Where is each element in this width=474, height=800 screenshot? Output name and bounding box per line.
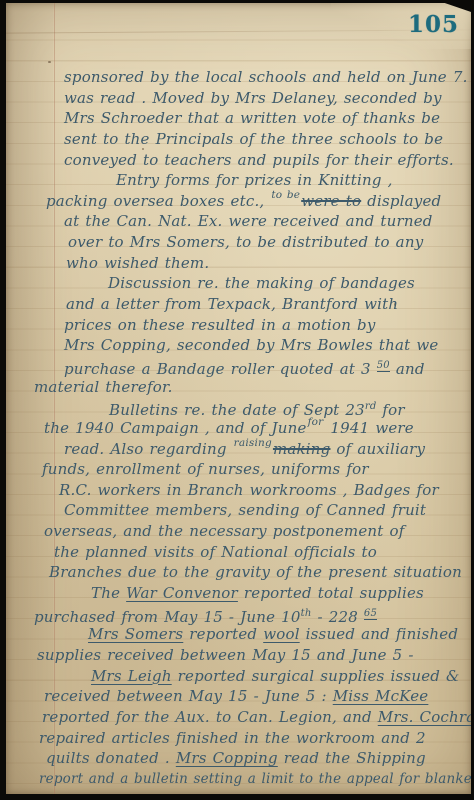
handwritten-line: Mrs Copping, seconded by Mrs Bowles that…	[64, 335, 471, 356]
handwritten-line: received between May 15 - June 5 : Miss …	[44, 686, 471, 707]
handwritten-line: reported for the Aux. to Can. Legion, an…	[42, 707, 471, 728]
handwritten-line: Mrs Leigh reported surgical supplies iss…	[91, 666, 471, 687]
handwriting-segment: Mrs Leigh	[91, 667, 172, 685]
handwriting-segment: for	[308, 412, 324, 433]
handwriting-segment: over to Mrs Somers, to be distributed to…	[68, 233, 423, 251]
handwritten-line: Bulletins re. the date of Sept 23rd for	[109, 397, 471, 418]
handwriting-segment: Miss McKee	[333, 687, 429, 705]
handwritten-line: quilts donated . Mrs Copping read the Sh…	[46, 748, 471, 769]
handwritten-line: supplies received between May 15 and Jun…	[37, 645, 471, 666]
handwriting-segment: - 228	[312, 608, 364, 626]
handwritten-line: conveyed to teachers and pupils for thei…	[64, 150, 471, 171]
handwriting-segment: supplies received between May 15 and Jun…	[37, 646, 414, 664]
handwriting-segment: 65	[364, 608, 377, 620]
handwriting-segment: packing oversea boxes etc.,	[46, 192, 270, 210]
handwriting-segment: Bulletins re. the date of Sept 23	[109, 401, 365, 419]
handwriting-segment: reported total supplies	[238, 584, 424, 602]
handwritten-line: repaired articles finished in the workro…	[39, 728, 471, 749]
handwriting-segment: the planned visits of National officials…	[54, 543, 377, 561]
handwriting-segment: reported	[183, 625, 263, 643]
handwritten-line: Mrs Schroeder that a written vote of tha…	[64, 108, 471, 129]
handwriting-segment: Mrs Copping, seconded by Mrs Bowles that…	[64, 336, 438, 354]
handwriting-segment: War Convenor	[126, 584, 238, 602]
left-gutter-shade	[6, 3, 53, 794]
handwritten-line: who wished them.	[66, 253, 471, 274]
handwriting-segment: issued and finished	[300, 625, 459, 643]
handwriting-segment: 1941 were	[324, 419, 413, 437]
handwritten-line: read. Also regarding raisingmaking of au…	[64, 439, 471, 460]
handwritten-line: purchase a Bandage roller quoted at 3 50…	[64, 356, 471, 377]
handwritten-line: material therefor.	[34, 377, 471, 398]
handwriting-segment: and	[390, 360, 425, 378]
handwriting-segment: conveyed to teachers and pupils for thei…	[64, 151, 454, 169]
handwriting-segment: prices on these resulted in a motion by	[64, 316, 376, 334]
handwriting-segment: The	[91, 584, 126, 602]
handwritten-line: R.C. workers in Branch workrooms , Badge…	[59, 480, 471, 501]
handwriting-segment: who wished them.	[66, 254, 209, 272]
handwriting-segment: Mrs Copping	[176, 749, 278, 767]
handwritten-line: report and a bulletin setting a limit to…	[39, 769, 471, 790]
handwriting-segment: quilts donated .	[46, 749, 176, 767]
handwritten-line: Discussion re. the making of bandages	[108, 273, 471, 294]
handwritten-line: Mrs Somers reported wool issued and fini…	[88, 624, 471, 645]
handwritten-line: purchased from May 15 - June 10th - 228 …	[34, 604, 471, 625]
handwriting-segment: read. Also regarding	[64, 440, 233, 458]
handwriting-segment: raising	[234, 433, 272, 454]
handwriting-segment: reported for the Aux. to Can. Legion, an…	[42, 708, 378, 726]
handwritten-line: prices on these resulted in a motion by	[64, 315, 471, 336]
handwriting-segment: reported surgical supplies issued &	[172, 667, 460, 685]
handwriting-segment: wool	[263, 625, 300, 643]
handwriting-segment: 50	[377, 360, 390, 372]
handwriting-segment: sponsored by the local schools and held …	[64, 68, 468, 86]
handwritten-line: packing oversea boxes etc., to bewere to…	[46, 191, 471, 212]
page-number: 105	[408, 11, 459, 38]
handwriting-segment: sent to the Principals of the three scho…	[64, 130, 443, 148]
handwriting-segment: report and a bulletin setting a limit to…	[39, 771, 471, 787]
handwriting-segment: received between May 15 - June 5 :	[44, 687, 333, 705]
handwriting-segment: Discussion re. the making of bandages	[108, 274, 415, 292]
handwriting-segment: was read . Moved by Mrs Delaney, seconde…	[64, 89, 442, 107]
handwriting-segment: th	[301, 608, 312, 619]
handwritten-line: was read . Moved by Mrs Delaney, seconde…	[64, 88, 471, 109]
handwriting-segment: and a letter from Texpack, Brantford wit…	[66, 295, 398, 313]
handwriting-segment: overseas, and the necessary postponement…	[44, 522, 404, 540]
handwriting-segment: purchase a Bandage roller quoted at 3	[64, 360, 377, 378]
handwriting-segment: making	[273, 440, 331, 458]
manuscript-page: 105 sponsored by the local schools and h…	[6, 3, 471, 794]
handwriting-segment: purchased from May 15 - June 10	[34, 608, 301, 626]
handwritten-line: and a letter from Texpack, Brantford wit…	[66, 294, 471, 315]
handwriting-segment: for	[376, 401, 404, 419]
handwriting-segment: of auxiliary	[330, 440, 425, 458]
handwritten-line: Branches due to the gravity of the prese…	[49, 562, 471, 583]
handwriting-segment: Committee members, sending of Canned fru…	[64, 501, 426, 519]
handwriting-segment: R.C. workers in Branch workrooms , Badge…	[59, 481, 439, 499]
handwriting-segment: repaired articles finished in the workro…	[39, 729, 426, 747]
handwriting-segment: material therefor.	[34, 378, 173, 396]
handwritten-line: sponsored by the local schools and held …	[64, 67, 471, 88]
handwriting-segment: Branches due to the gravity of the prese…	[49, 563, 462, 581]
handwritten-line: at the Can. Nat. Ex. were received and t…	[64, 211, 471, 232]
handwriting-segment: to be	[271, 185, 300, 206]
handwritten-line: over to Mrs Somers, to be distributed to…	[68, 232, 471, 253]
handwritten-line: overseas, and the necessary postponement…	[44, 521, 471, 542]
handwriting-segment: Mrs Schroeder that a written vote of tha…	[64, 109, 440, 127]
handwriting-segment: displayed	[361, 192, 441, 210]
handwriting-segment: were to	[301, 192, 361, 210]
handwritten-line: sent to the Principals of the three scho…	[64, 129, 471, 150]
handwriting-segment: at the Can. Nat. Ex. were received and t…	[64, 212, 433, 230]
handwritten-line: Committee members, sending of Canned fru…	[64, 500, 471, 521]
handwriting-segment: read the Shipping	[278, 749, 426, 767]
photographed-minute-book-page: 105 sponsored by the local schools and h…	[0, 0, 474, 800]
handwriting-segment: rd	[365, 401, 377, 412]
paper-speck	[48, 61, 51, 63]
margin-line	[54, 3, 55, 794]
handwritten-line: The War Convenor reported total supplies	[91, 583, 471, 604]
handwriting-segment: Entry forms for prizes in Knitting ,	[116, 171, 393, 189]
manuscript: sponsored by the local schools and held …	[64, 67, 471, 794]
handwritten-line: the planned visits of National officials…	[54, 542, 471, 563]
handwriting-segment: Mrs Somers	[88, 625, 183, 643]
handwritten-line: funds, enrollment of nurses, uniforms fo…	[42, 459, 471, 480]
handwriting-segment: funds, enrollment of nurses, uniforms fo…	[42, 460, 369, 478]
handwriting-segment: Mrs. Cochrane	[378, 708, 471, 726]
